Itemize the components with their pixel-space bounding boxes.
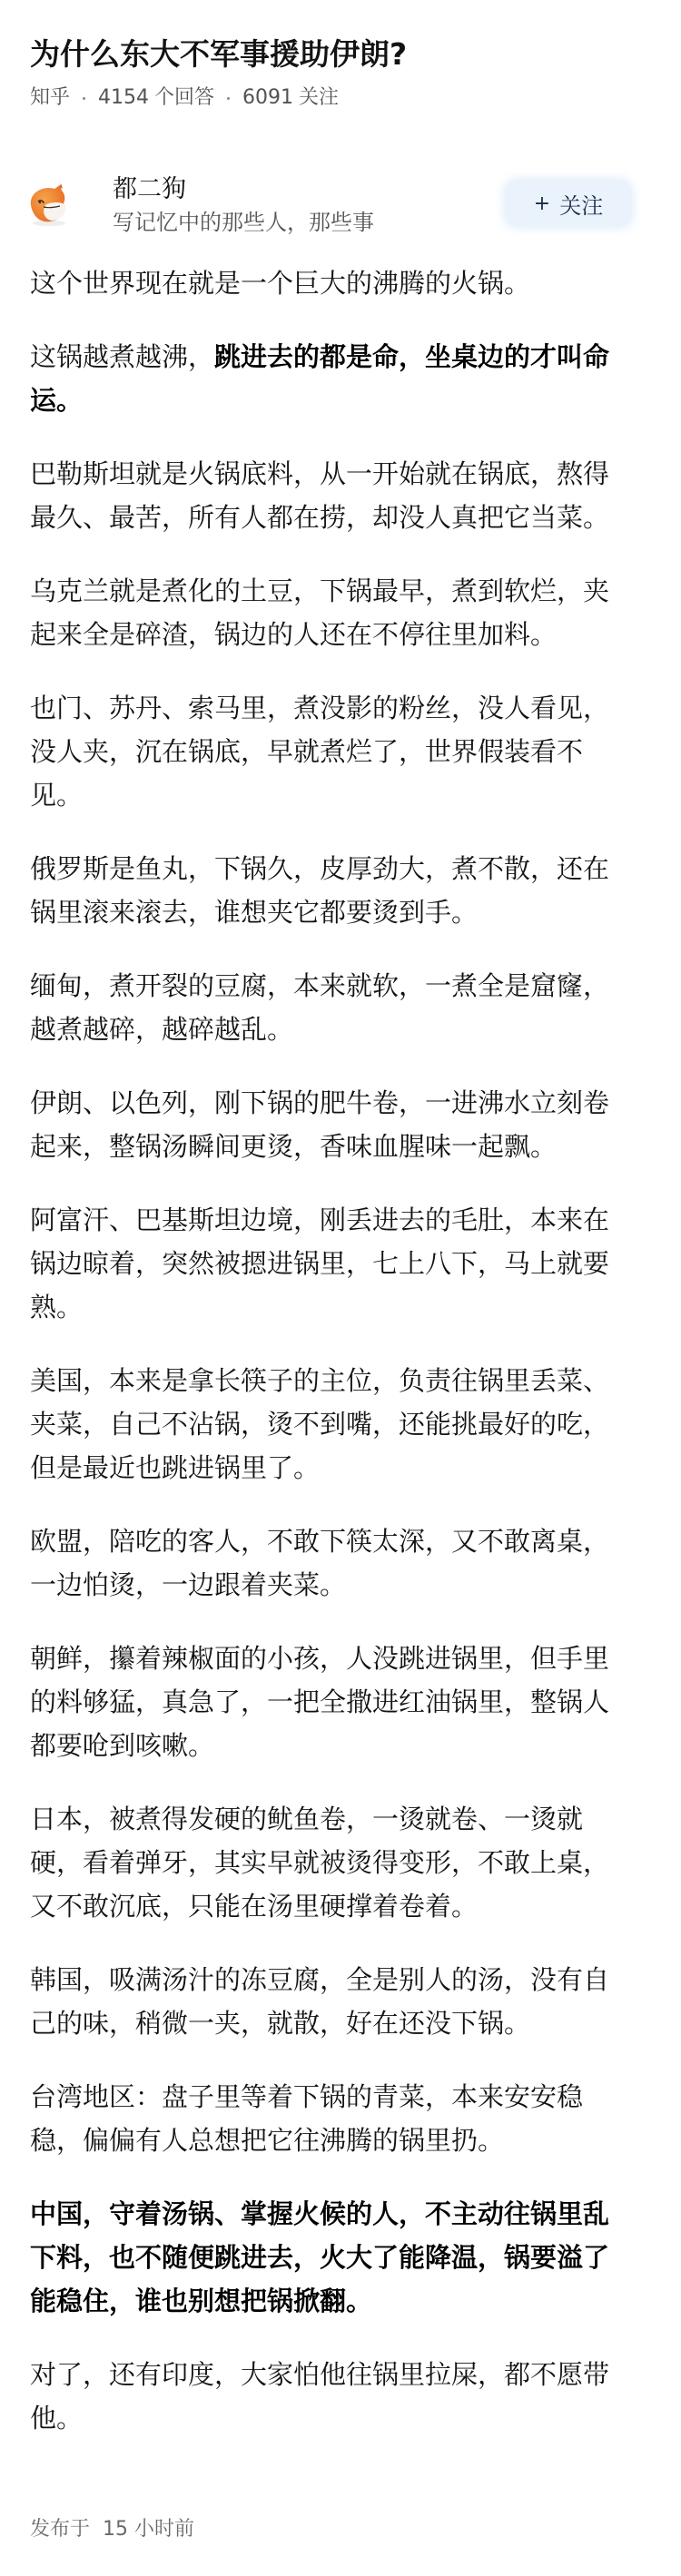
answer-paragraph: 缅甸，煮开裂的豆腐，本来就软，一煮全是窟窿，越煮越碎，越碎越乱。 [30,964,634,1051]
answer-paragraph: 韩国，吸满汤汁的冻豆腐，全是别人的汤，没有自己的味，稍微一夹，就散，好在还没下锅… [30,1958,634,2045]
paragraph-text: 朝鲜，攥着辣椒面的小孩，人没跳进锅里，但手里的料够猛，真急了，一把全撒进红油锅里… [30,1643,609,1761]
answer-paragraph: 美国，本来是拿长筷子的主位，负责往锅里丢菜、夹菜，自己不沾锅，烫不到嘴，还能挑最… [30,1359,634,1490]
answer-body: 这个世界现在就是一个巨大的沸腾的火锅。这锅越煮越沸，跳进去的都是命，坐桌边的才叫… [30,261,634,2470]
paragraph-text: 这个世界现在就是一个巨大的沸腾的火锅。 [30,268,530,299]
answer-paragraph: 乌克兰就是煮化的土豆，下锅最早，煮到软烂，夹起来全是碎渣，锅边的人还在不停往里加… [30,569,634,656]
answer-paragraph: 朝鲜，攥着辣椒面的小孩，人没跳进锅里，但手里的料够猛，真急了，一把全撒进红油锅里… [30,1637,634,1767]
question-meta: 知乎 4154 个回答 6091 关注 [30,84,339,112]
answer-paragraph: 伊朗、以色列，刚下锅的肥牛卷，一进沸水立刻卷起来，整锅汤瞬间更烫，香味血腥味一起… [30,1081,634,1168]
answer-paragraph: 中国，守着汤锅、掌握火候的人，不主动往锅里乱下料，也不随便跳进去，火大了能降温，… [30,2192,634,2323]
answer-paragraph: 对了，还有印度，大家怕他往锅里拉屎，都不愿带他。 [30,2353,634,2440]
paragraph-text: 巴勒斯坦就是火锅底料，从一开始就在锅底，熬得最久、最苦，所有人都在捞，却没人真把… [30,458,609,533]
paragraph-text: 俄罗斯是鱼丸，下锅久，皮厚劲大，煮不散，还在锅里滚来滚去，谁想夹它都要烫到手。 [30,853,609,928]
answer-paragraph: 俄罗斯是鱼丸，下锅久，皮厚劲大，煮不散，还在锅里滚来滚去，谁想夹它都要烫到手。 [30,847,634,934]
follow-button[interactable]: + 关注 [505,180,632,227]
follower-count: 6091 [242,84,293,112]
paragraph-text: 美国，本来是拿长筷子的主位，负责往锅里丢菜、夹菜，自己不沾锅，烫不到嘴，还能挑最… [30,1365,609,1483]
paragraph-text: 欧盟，陪吃的客人，不敢下筷太深，又不敢离桌，一边怕烫，一边跟着夹菜。 [30,1526,609,1600]
paragraph-text: 这锅越煮越沸， [30,341,214,372]
author-name[interactable]: 都二狗 [113,174,186,205]
answer-footer: 发布于15 小时前 [30,2516,194,2543]
paragraph-text: 日本，被煮得发硬的鱿鱼卷，一烫就卷、一烫就硬，看着弹牙，其实早就被烫得变形，不敢… [30,1804,609,1922]
answer-paragraph: 台湾地区：盘子里等着下锅的青菜，本来安安稳稳，偏偏有人总想把它往沸腾的锅里扔。 [30,2075,634,2162]
follow-button-label: 关注 [559,188,603,220]
bold-text: 中国，守着汤锅、掌握火候的人，不主动往锅里乱下料，也不随便跳进去，火大了能降温，… [30,2198,609,2316]
answer-count: 4154 [98,84,149,112]
paragraph-text: 也门、苏丹、索马里，煮没影的粉丝，没人看见，没人夹，沉在锅底，早就煮烂了，世界假… [30,693,609,811]
avatar[interactable] [27,182,71,225]
paragraph-text: 台湾地区：盘子里等着下锅的青菜，本来安安稳稳，偏偏有人总想把它往沸腾的锅里扔。 [30,2081,583,2156]
answer-paragraph: 日本，被煮得发硬的鱿鱼卷，一烫就卷、一烫就硬，看着弹牙，其实早就被烫得变形，不敢… [30,1797,634,1928]
source-label[interactable]: 知乎 [30,84,70,112]
answer-paragraph: 巴勒斯坦就是火锅底料，从一开始就在锅底，熬得最久、最苦，所有人都在捞，却没人真把… [30,452,634,539]
follower-count-label: 关注 [299,84,339,112]
paragraph-text: 韩国，吸满汤汁的冻豆腐，全是别人的汤，没有自己的味，稍微一夹，就散，好在还没下锅… [30,1964,609,2039]
answer-paragraph: 欧盟，陪吃的客人，不敢下筷太深，又不敢离桌，一边怕烫，一边跟着夹菜。 [30,1519,634,1607]
paragraph-text: 阿富汗、巴基斯坦边境，刚丢进去的毛肚，本来在锅边晾着，突然被摁进锅里，七上八下，… [30,1204,609,1322]
answer-paragraph: 阿富汗、巴基斯坦边境，刚丢进去的毛肚，本来在锅边晾着，突然被摁进锅里，七上八下，… [30,1198,634,1329]
answer-paragraph: 也门、苏丹、索马里，煮没影的粉丝，没人看见，没人夹，沉在锅底，早就煮烂了，世界假… [30,686,634,817]
answer-paragraph: 这锅越煮越沸，跳进去的都是命，坐桌边的才叫命运。 [30,335,634,422]
published-time: 15 小时前 [103,2518,194,2541]
answer-paragraph: 这个世界现在就是一个巨大的沸腾的火锅。 [30,261,634,305]
paragraph-text: 乌克兰就是煮化的土豆，下锅最早，煮到软烂，夹起来全是碎渣，锅边的人还在不停往里加… [30,575,609,650]
published-label: 发布于 [30,2518,90,2541]
answer-count-label: 个回答 [154,84,214,112]
fox-avatar-icon [24,178,74,229]
paragraph-text: 对了，还有印度，大家怕他往锅里拉屎，都不愿带他。 [30,2359,609,2433]
question-title: 为什么东大不军事援助伊朗? [30,34,407,74]
separator-dot [227,97,230,100]
paragraph-text: 缅甸，煮开裂的豆腐，本来就软，一煮全是窟窿，越煮越碎，越碎越乱。 [30,970,609,1045]
paragraph-text: 伊朗、以色列，刚下锅的肥牛卷，一进沸水立刻卷起来，整锅汤瞬间更烫，香味血腥味一起… [30,1087,609,1162]
plus-icon: + [534,192,550,215]
author-row: 都二狗 写记忆中的那些人，那些事 + 关注 [0,163,681,245]
separator-dot [83,97,85,100]
author-bio: 写记忆中的那些人，那些事 [113,209,374,236]
